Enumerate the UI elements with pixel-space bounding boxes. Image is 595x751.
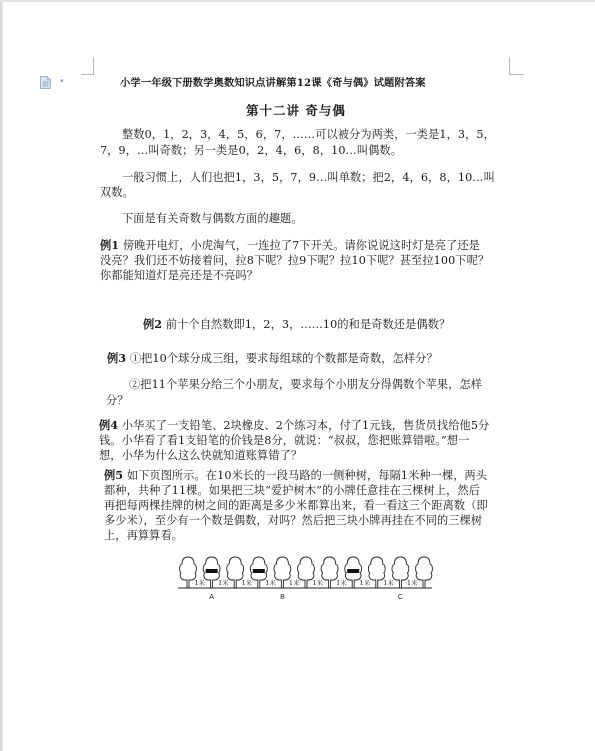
example-5-line-1: 例5 如下页图所示。在10米长的一段马路的一侧种树，每隔1米种一棵，两头 (104, 468, 487, 483)
example-3-line-3: 分？ (106, 393, 129, 408)
intro-line-5: 下面是有关奇数与偶数方面的趣题。 (122, 211, 303, 226)
window-left-border (0, 0, 3, 751)
example-1-line-1: 例1 傍晚开电灯，小虎淘气，一连拉了7下开关。请你说说这时灯是亮了还是 (100, 238, 480, 253)
svg-text:1米: 1米 (383, 578, 394, 587)
window-top-border (0, 0, 595, 2)
example-1-text: 傍晚开电灯，小虎淘气，一连拉了7下开关。请你说说这时灯是亮了还是 (123, 239, 480, 252)
sign-icon (347, 569, 359, 573)
intro-line-3: 一般习惯上，人们也把1，3，5，7，9…叫单数；把2，4，6，8，10…叫 (122, 170, 495, 185)
example-3-line-1: 例3 ①把10个球分成三组，要求每组球的个数都是奇数，怎样分？ (107, 351, 438, 366)
document-icon[interactable] (40, 74, 51, 87)
intro-line-1: 整数0，1，2，3，4，5，6，7，……可以被分为两类，一类是1，3，5， (122, 127, 495, 142)
document-header-title: 小学一年级下册数学奥数知识点讲解第12课《奇与偶》试题附答案 (120, 76, 426, 91)
example-1-line-3: 你都能知道灯是亮还是不亮吗？ (100, 268, 258, 283)
svg-text:1米: 1米 (312, 578, 323, 587)
svg-text:1米: 1米 (218, 578, 229, 587)
example-4-text: 小华买了一支铅笔、2块橡皮、2个练习本，付了1元钱，售货员找给他5分 (122, 419, 490, 432)
svg-text:1米: 1米 (407, 578, 418, 587)
example-4-label: 例4 (99, 418, 118, 432)
svg-text:1米: 1米 (265, 578, 276, 587)
document-viewport: ▾ 小学一年级下册数学奥数知识点讲解第12课《奇与偶》试题附答案 第十二讲 奇与… (0, 0, 595, 751)
intro-line-4: 双数。 (100, 185, 134, 200)
example-4-line-1: 例4 小华买了一支铅笔、2块橡皮、2个练习本，付了1元钱，售货员找给他5分 (99, 418, 489, 433)
example-1-label: 例1 (100, 238, 119, 252)
example-5-line-3: 再把每两棵挂牌的树之间的距离是多少米都算出来，看一看这三个距离数（即 (104, 498, 488, 513)
example-5-line-5: 上，再算算看。 (104, 528, 183, 543)
chevron-down-icon[interactable]: ▾ (60, 77, 64, 85)
example-2-line-1: 例2 前十个自然数即1，2，3，……10的和是奇数还是偶数？ (143, 317, 450, 332)
svg-text:1米: 1米 (336, 578, 347, 587)
sign-icon (206, 569, 218, 573)
sign-icon (253, 569, 265, 573)
example-5-line-4: 多少米），至少有一个数是偶数，对吗？然后把三块小牌再挂在不同的三棵树 (104, 513, 482, 528)
svg-text:1米: 1米 (360, 578, 371, 587)
example-2-label: 例2 (143, 317, 162, 331)
svg-text:A: A (209, 594, 214, 601)
example-4-line-2: 钱。小华看了看1支铅笔的价钱是8分，就说：“叔叔，您把账算错啦。”想一 (99, 433, 469, 448)
svg-text:1米: 1米 (242, 578, 253, 587)
example-5-label: 例5 (104, 468, 123, 482)
example-3-text: ①把10个球分成三组，要求每组球的个数都是奇数，怎样分？ (130, 352, 438, 365)
svg-text:1米: 1米 (194, 578, 205, 587)
tree-icon (416, 557, 433, 588)
lecture-title: 第十二讲 奇与偶 (246, 103, 346, 118)
svg-text:B: B (280, 594, 285, 601)
svg-text:1米: 1米 (289, 578, 300, 587)
example-5-text: 如下页图所示。在10米长的一段马路的一侧种树，每隔1米种一棵，两头 (127, 469, 487, 482)
tree-row-figure: 1米1米1米1米1米1米1米1米1米1米ABC (176, 555, 438, 601)
intro-line-2: 7，9，…叫奇数；另一类是0，2，4，6，8，10…叫偶数。 (100, 143, 402, 158)
example-3-label: 例3 (107, 351, 126, 365)
example-3-line-2: ②把11个苹果分给三个小朋友，要求每个小朋友分得偶数个苹果，怎样 (129, 377, 482, 392)
example-1-line-2: 没亮？我们还不妨接着问，拉8下呢？拉9下呢？拉10下呢？甚至拉100下呢？ (100, 253, 489, 268)
example-4-line-3: 想，小华为什么这么快就知道账算错了？ (99, 448, 302, 463)
page-margin-corner-top-right (509, 57, 524, 75)
page-margin-corner-top-left (81, 57, 94, 75)
example-2-text: 前十个自然数即1，2，3，……10的和是奇数还是偶数？ (166, 318, 450, 331)
svg-text:C: C (398, 594, 403, 601)
example-5-line-2: 都种，共种了11棵。如果把三块“爱护树木”的小牌任意挂在三棵树上，然后 (104, 483, 480, 498)
